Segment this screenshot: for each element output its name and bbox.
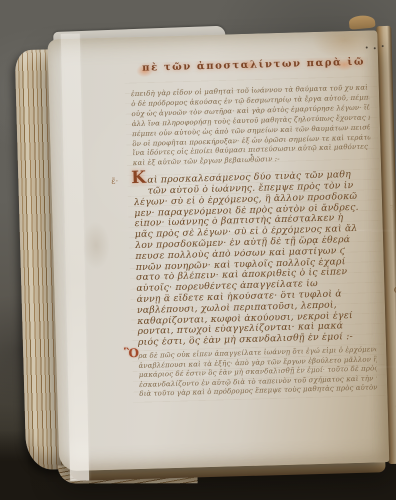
ink-specks [366,46,368,48]
gospel-text-block: Κ ε̃· ὁ γρ· σημ αὶ προσκαλεσάμενος δύο τ… [133,170,376,349]
rubricated-initial-kappa: Κ [131,173,146,184]
catena-commentary-top: ἐπειδὴ γὰρ εἶδον οἱ μαθηταὶ τοῦ ἰωάννου … [131,83,371,169]
text-area: κ̃· πὲ τῶν ἀποσταλίντων παρὰ ἰῶ :- ἐπειδ… [130,56,377,399]
catena-commentary-bottom: Ὃ ρα δὲ πῶς οὐκ εἶπεν ἀπαγγείλατε ἰωάννῃ… [138,345,377,400]
manuscript-book: κ̃· πὲ τῶν ἀποσταλίντων παρὰ ἰῶ :- ἐπειδ… [11,10,396,490]
rubricated-initial-omicron: Ὃ [124,349,139,359]
binding-corner-tab [348,14,375,29]
manuscript-photo: κ̃· πὲ τῶν ἀποσταλίντων παρὰ ἰῶ :- ἐπειδ… [0,0,396,500]
marginal-section-letter: ε̃· [111,177,118,188]
